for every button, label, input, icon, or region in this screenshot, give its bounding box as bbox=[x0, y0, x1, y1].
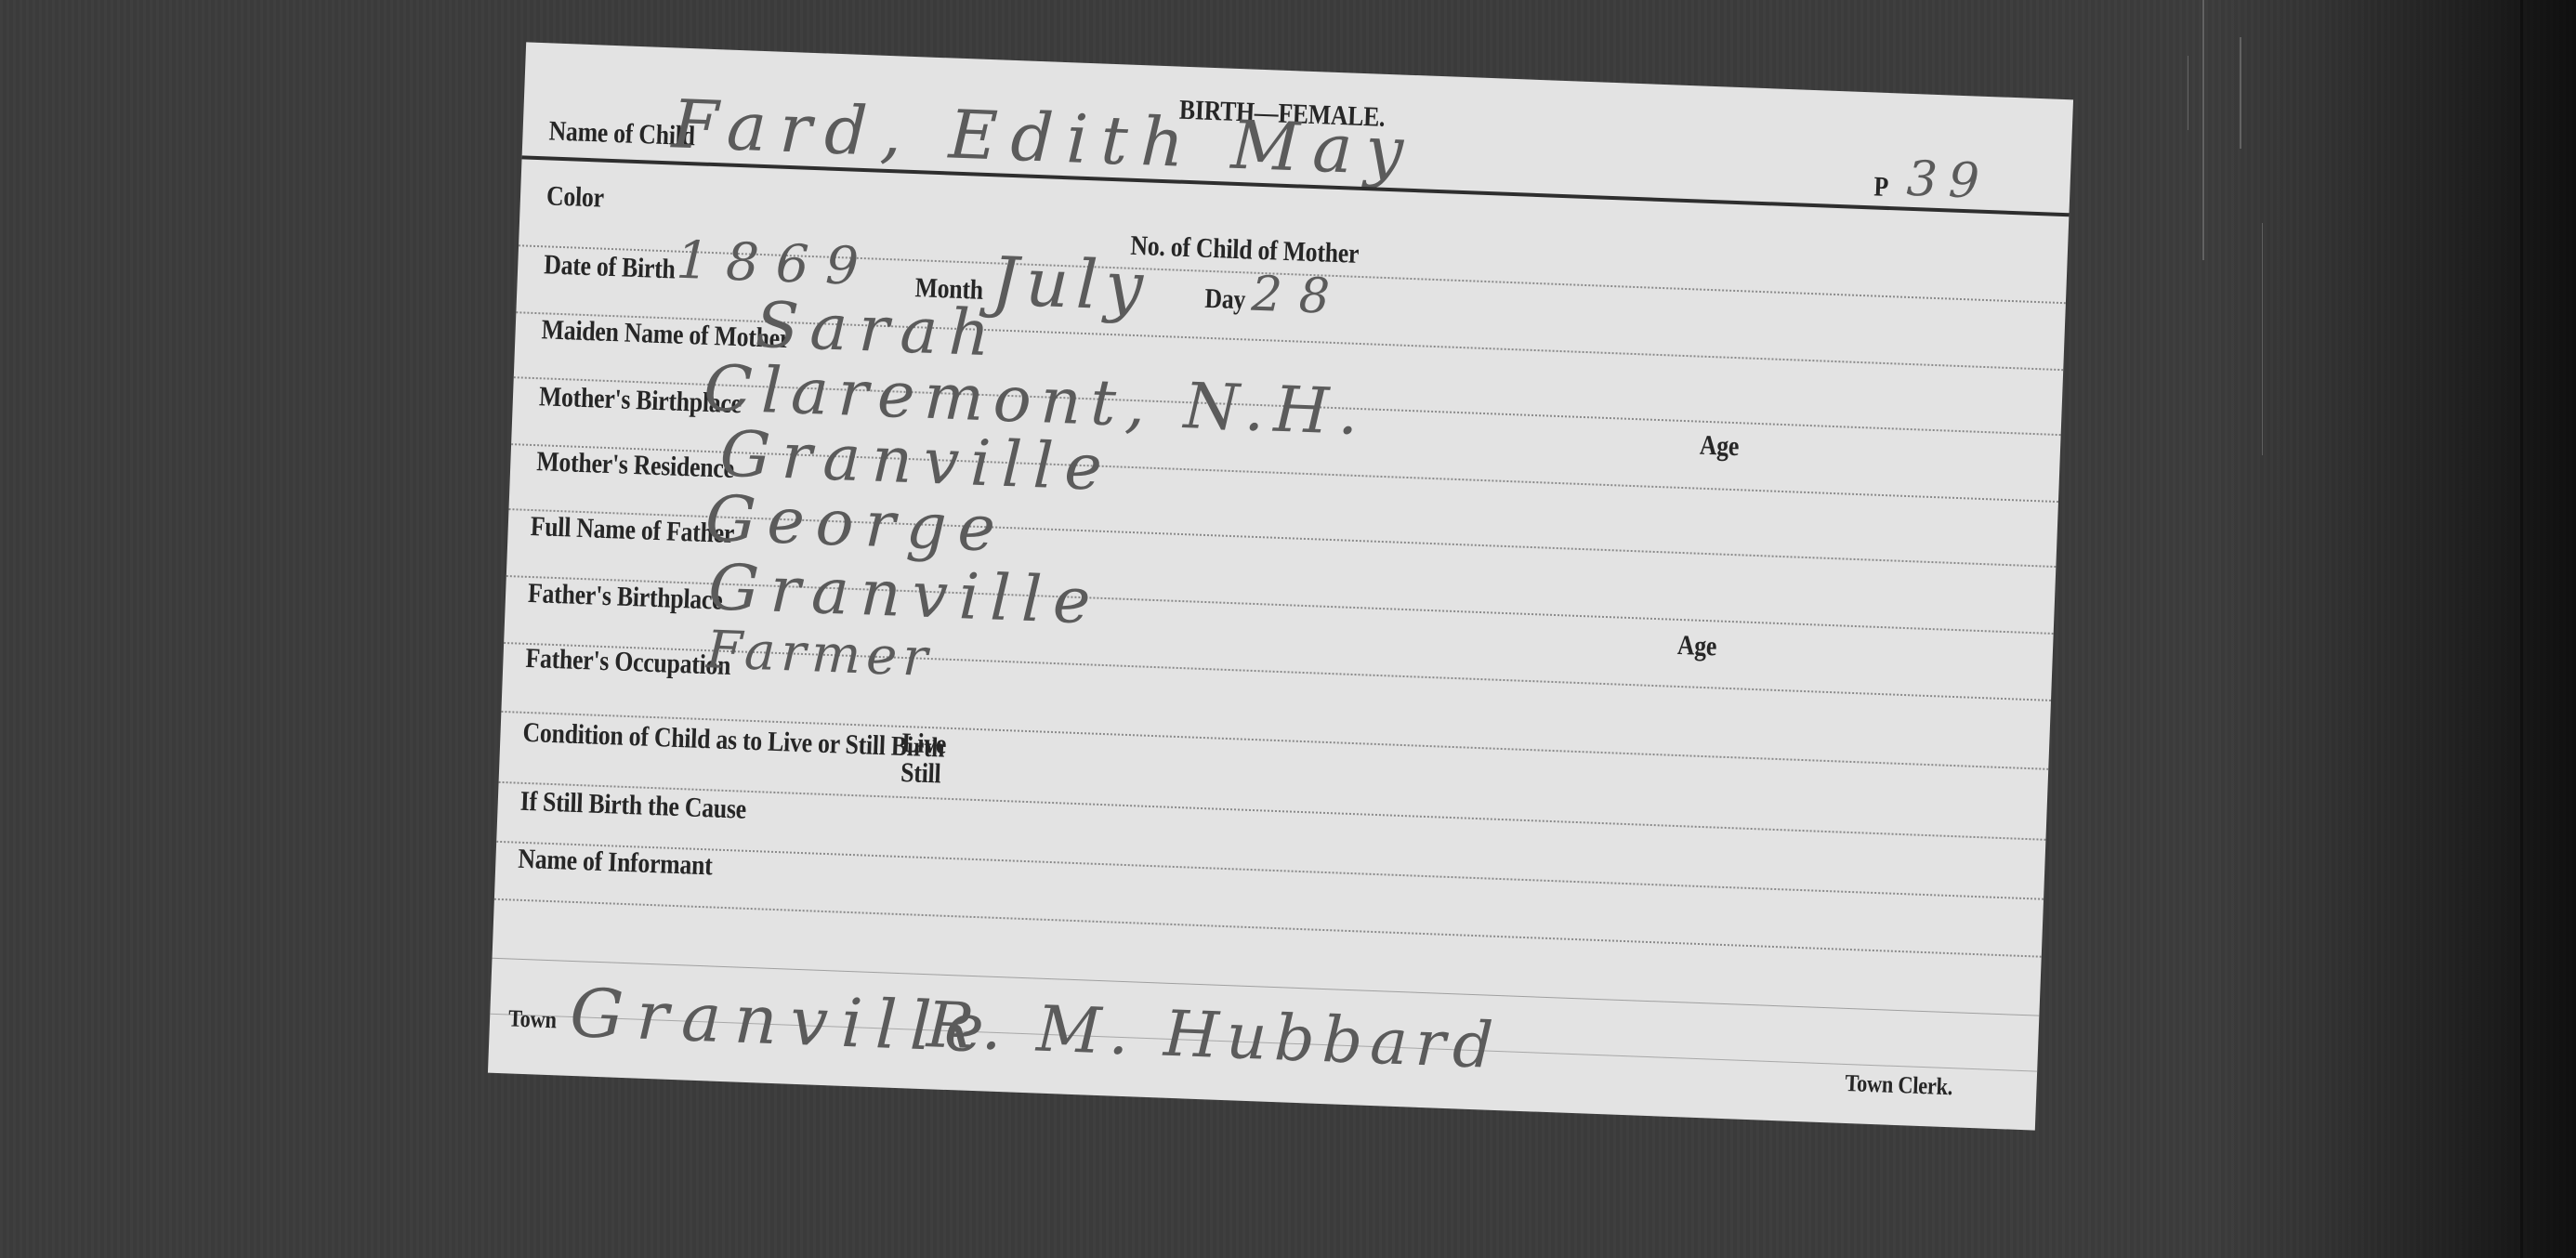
day-value: 28 bbox=[1251, 267, 1347, 326]
film-scratch bbox=[2520, 0, 2523, 1258]
fathers-occupation-label: Father's Occupation bbox=[525, 643, 731, 682]
condition-option-live: Live bbox=[901, 727, 947, 761]
fathers-birthplace-label: Father's Birthplace bbox=[528, 578, 723, 617]
date-of-birth-label: Date of Birth bbox=[544, 249, 677, 285]
field-rule bbox=[496, 841, 2044, 900]
page-label: P bbox=[1873, 171, 1889, 203]
birth-record-card: BIRTH—FEMALE. Name of Child Fard, Edith … bbox=[488, 42, 2073, 1130]
town-label: Town bbox=[508, 1004, 558, 1034]
date-of-birth-value: 1869 bbox=[675, 230, 876, 298]
day-label: Day bbox=[1204, 283, 1246, 317]
film-scratch bbox=[2262, 223, 2263, 455]
no-of-child-label: No. of Child of Mother bbox=[1130, 230, 1360, 270]
fathers-occupation-value: Farmer bbox=[705, 620, 934, 688]
mothers-age-label: Age bbox=[1699, 430, 1739, 464]
mothers-residence-label: Mother's Residence bbox=[536, 446, 735, 485]
film-scratch bbox=[2188, 56, 2188, 130]
town-clerk-signature: R. M. Hubbard bbox=[926, 989, 1503, 1083]
color-label: Color bbox=[545, 180, 604, 214]
still-birth-cause-label: If Still Birth the Cause bbox=[519, 786, 746, 826]
informant-label: Name of Informant bbox=[518, 844, 713, 883]
month-value: July bbox=[990, 242, 1151, 325]
town-clerk-label: Town Clerk. bbox=[1845, 1069, 1953, 1101]
condition-option-still: Still bbox=[900, 757, 941, 791]
page-number-value: 39 bbox=[1906, 151, 1991, 210]
field-rule bbox=[494, 898, 2042, 958]
film-scratch bbox=[2202, 0, 2204, 260]
film-scratch bbox=[2240, 37, 2241, 149]
fathers-age-label: Age bbox=[1676, 630, 1716, 663]
